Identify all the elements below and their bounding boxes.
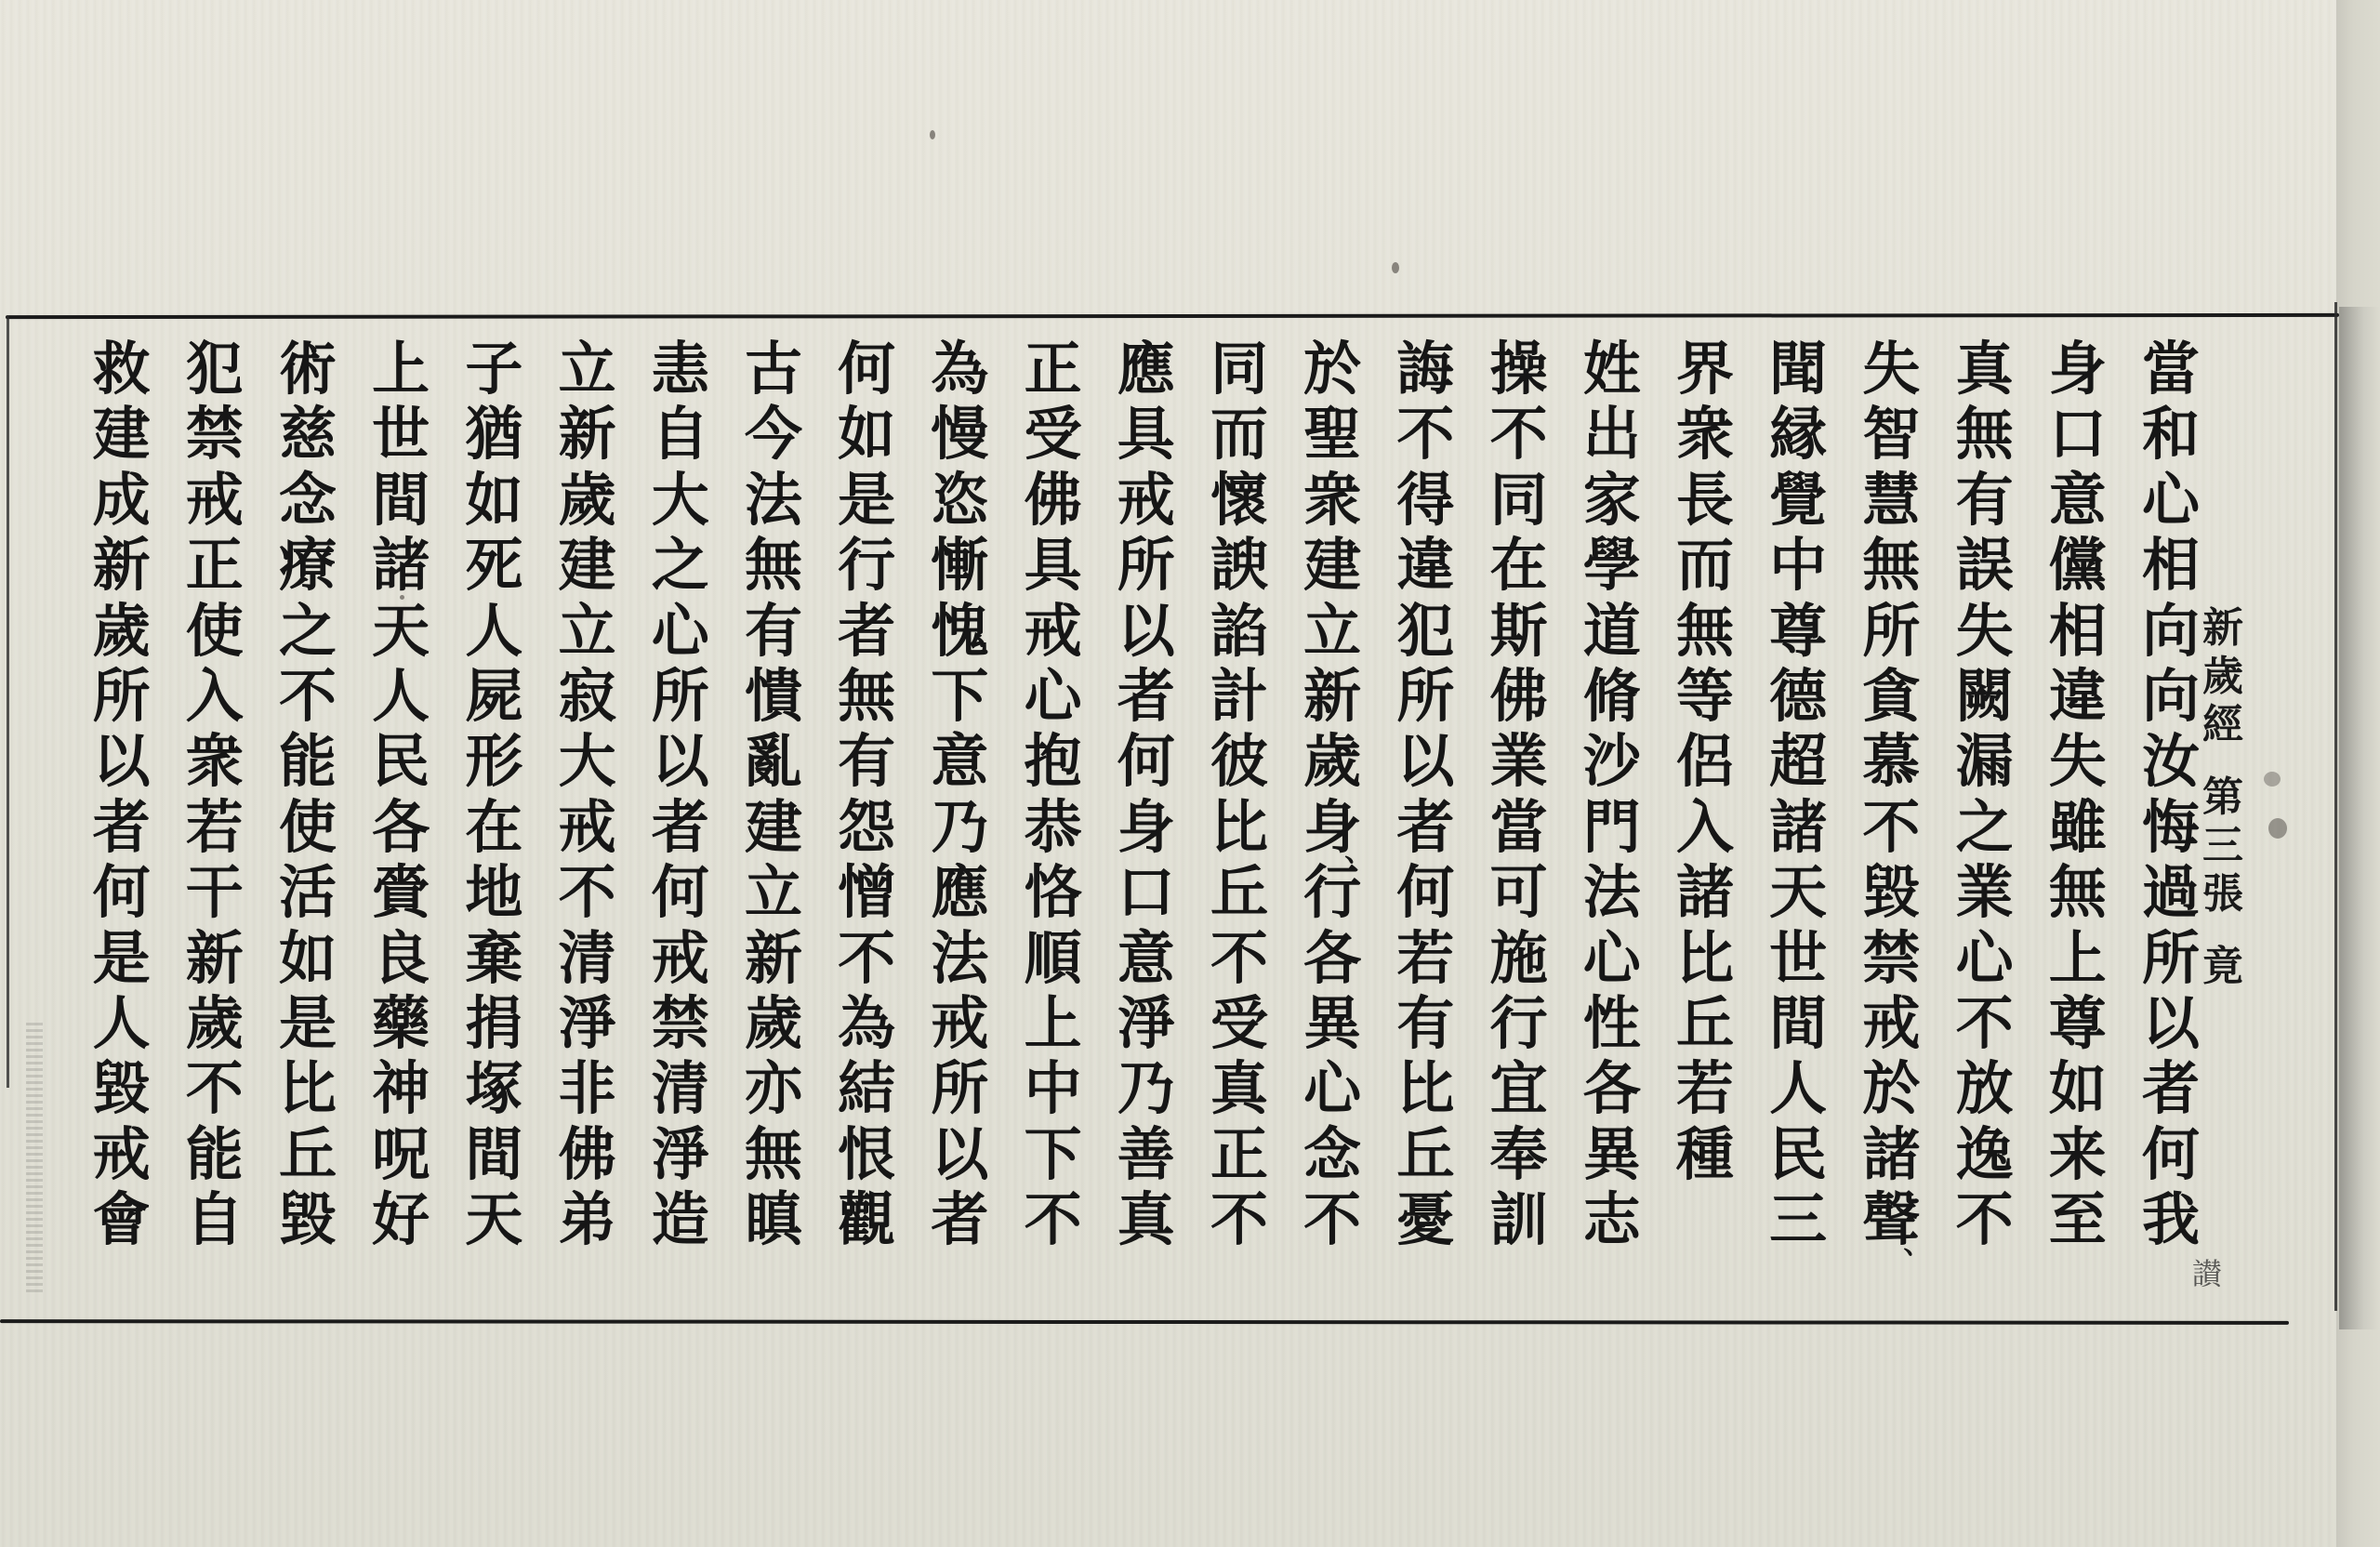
glyph: 慢 <box>917 402 1002 467</box>
glyph: 屍 <box>451 664 536 729</box>
glyph: 世 <box>358 402 443 467</box>
glyph: 出 <box>1569 402 1655 467</box>
glyph: 身 <box>1104 795 1189 860</box>
glyph: 心 <box>2128 468 2214 533</box>
glyph: 為 <box>917 337 1002 402</box>
text-column: 恚自大之心所以者何戒禁清淨造 <box>638 337 723 1252</box>
glyph: 會 <box>79 1187 165 1252</box>
glyph: 衆 <box>172 729 258 794</box>
glyph: 不 <box>1197 926 1282 991</box>
glyph: 良 <box>358 926 443 991</box>
glyph: 違 <box>2035 664 2121 729</box>
glyph: 呪 <box>358 1122 443 1187</box>
glyph: 民 <box>358 729 443 794</box>
glyph: 比 <box>265 1056 350 1121</box>
glyph: 子 <box>451 337 536 402</box>
glyph: 犯 <box>172 337 258 402</box>
glyph: 不 <box>824 926 909 991</box>
glyph: 正 <box>1197 1122 1282 1187</box>
glyph: 自 <box>638 402 723 467</box>
glyph: 誨 <box>1382 337 1468 402</box>
glyph: 歲 <box>79 599 165 664</box>
glyph: 非 <box>545 1056 630 1121</box>
glyph: 恨 <box>824 1122 909 1187</box>
glyph: 慕 <box>1848 729 1934 794</box>
glyph: 恚 <box>638 337 723 402</box>
glyph: 善 <box>1104 1122 1189 1187</box>
glyph: 心 <box>1289 1056 1375 1121</box>
glyph: 亂 <box>731 729 816 794</box>
glyph: 口 <box>2035 402 2121 467</box>
glyph: 心 <box>1011 664 1096 729</box>
glyph: 之 <box>1942 795 2028 860</box>
glyph: 地 <box>451 860 536 925</box>
glyph: 今 <box>731 402 816 467</box>
glyph: 脩 <box>1569 664 1655 729</box>
glyph: 無 <box>2035 860 2121 925</box>
glyph: 恣 <box>917 468 1002 533</box>
glyph: 計 <box>1197 664 1282 729</box>
glyph: 家 <box>1569 468 1655 533</box>
glyph: 聖 <box>1289 402 1375 467</box>
glyph: 恭 <box>1011 795 1096 860</box>
glyph: 意 <box>917 729 1002 794</box>
glyph: 諂 <box>1197 599 1282 664</box>
glyph: 間 <box>358 468 443 533</box>
glyph: 世 <box>1755 926 1841 991</box>
glyph: 上 <box>2035 926 2121 991</box>
glyph: 所 <box>1848 599 1934 664</box>
glyph: 佛 <box>1011 468 1096 533</box>
glyph: 違 <box>1382 533 1468 598</box>
glyph: 異 <box>1569 1122 1655 1187</box>
glyph: 有 <box>1382 991 1468 1056</box>
text-column: 失智慧無所貪慕不毀禁戒於諸聲、 <box>1848 337 1934 1252</box>
glyph: 形 <box>451 729 536 794</box>
glyph: 使 <box>172 599 258 664</box>
glyph: 何 <box>79 860 165 925</box>
glyph: 學 <box>1569 533 1655 598</box>
glyph: 以 <box>1382 729 1468 794</box>
glyph: 行 <box>1289 860 1375 925</box>
glyph: 人 <box>1755 1056 1841 1121</box>
glyph: 誤 <box>1942 533 2028 598</box>
glyph: 心 <box>1942 926 2028 991</box>
glyph: 新 <box>172 926 258 991</box>
glyph: 結 <box>824 1056 909 1121</box>
glyph: 入 <box>1662 795 1748 860</box>
glyph: 新 <box>1289 664 1375 729</box>
glyph: 死 <box>451 533 536 598</box>
glyph: 斯 <box>1476 599 1562 664</box>
glyph: 若 <box>1382 926 1468 991</box>
glyph: 者 <box>2128 1056 2214 1121</box>
glyph: 於 <box>1289 337 1375 402</box>
glyph: 真 <box>1942 337 2028 402</box>
glyph: 無 <box>731 533 816 598</box>
glyph: 有 <box>1942 468 2028 533</box>
glyph: 淨 <box>545 991 630 1056</box>
glyph: 戒 <box>1011 599 1096 664</box>
glyph: 向 <box>2128 599 2214 664</box>
glyph: 犯 <box>1382 599 1468 664</box>
glyph: 不 <box>1289 1187 1375 1252</box>
glyph: 志 <box>1569 1187 1655 1252</box>
glyph: 人 <box>79 991 165 1056</box>
glyph: 藥 <box>358 991 443 1056</box>
glyph: 雖 <box>2035 795 2121 860</box>
glyph: 乃 <box>1104 1056 1189 1121</box>
glyph: 歲 <box>731 991 816 1056</box>
glyph: 應 <box>917 860 1002 925</box>
glyph: 寂 <box>545 664 630 729</box>
text-column: 聞縁覺中尊德超諸天世間人民三 <box>1755 337 1841 1252</box>
glyph: 諛 <box>1197 533 1282 598</box>
glyph: 沙 <box>1569 729 1655 794</box>
glyph: 縁 <box>1755 402 1841 467</box>
glyph: 儻 <box>2035 533 2121 598</box>
glyph: 禁 <box>1848 926 1934 991</box>
glyph: 奉 <box>1476 1122 1562 1187</box>
glyph: 下 <box>917 664 1002 729</box>
text-column: 古今法無有憒亂建立新歲亦無瞋 <box>731 337 816 1252</box>
glyph: 弟 <box>545 1187 630 1252</box>
glyph: 念 <box>1289 1122 1375 1187</box>
glyph: 清 <box>638 1056 723 1121</box>
glyph: 向 <box>2128 664 2214 729</box>
glyph: 汝 <box>2128 729 2214 794</box>
glyph: 者 <box>638 795 723 860</box>
glyph: 在 <box>1476 533 1562 598</box>
glyph: 得 <box>1382 468 1468 533</box>
glyph: 念 <box>265 468 350 533</box>
glyph: 過 <box>2128 860 2214 925</box>
glyph: 尊 <box>1755 599 1841 664</box>
glyph: 抱 <box>1011 729 1096 794</box>
text-column: 立新歲建立寂大戒不清淨非佛弟 <box>545 337 630 1252</box>
glyph: 棄 <box>451 926 536 991</box>
glyph: 受 <box>1011 402 1096 467</box>
glyph: 造 <box>638 1187 723 1252</box>
glyph: 無 <box>731 1122 816 1187</box>
glyph: 懷 <box>1197 468 1282 533</box>
glyph: 者 <box>1104 664 1189 729</box>
glyph: 中 <box>1755 533 1841 598</box>
glyph: 上 <box>1011 991 1096 1056</box>
glyph: 以 <box>1104 599 1189 664</box>
glyph: 不 <box>1011 1187 1096 1252</box>
glyph: 同 <box>1476 468 1562 533</box>
glyph: 建 <box>1289 533 1375 598</box>
glyph: 不 <box>172 1056 258 1121</box>
glyph: 療 <box>265 533 350 598</box>
glyph: 佛 <box>1476 664 1562 729</box>
glyph: 亦 <box>731 1056 816 1121</box>
text-column: 子猶如死人屍形在地棄捐塚間天 <box>451 337 536 1252</box>
glyph: 彼 <box>1197 729 1282 794</box>
glyph: 天 <box>451 1187 536 1252</box>
glyph: 間 <box>1755 991 1841 1056</box>
glyph: 訓 <box>1476 1187 1562 1252</box>
glyph: 丘 <box>1662 991 1748 1056</box>
glyph: 無 <box>1848 533 1934 598</box>
glyph: 法 <box>917 926 1002 991</box>
glyph: 當 <box>1476 795 1562 860</box>
glyph: 人 <box>451 599 536 664</box>
glyph: 各 <box>1289 926 1375 991</box>
glyph: 好 <box>358 1187 443 1252</box>
glyph: 如 <box>451 468 536 533</box>
glyph: 德 <box>1755 664 1841 729</box>
glyph: 丘 <box>1382 1122 1468 1187</box>
glyph: 能 <box>172 1122 258 1187</box>
glyph: 法 <box>1569 860 1655 925</box>
glyph: 若 <box>1662 1056 1748 1121</box>
glyph: 救 <box>79 337 165 402</box>
text-column: 誨不得違犯所以者何若有比丘憂 <box>1382 337 1468 1252</box>
glyph: 尊 <box>2035 991 2121 1056</box>
glyph: 戒 <box>1104 468 1189 533</box>
glyph: 憂 <box>1382 1187 1468 1252</box>
glyph: 戒 <box>1848 991 1934 1056</box>
glyph: 無 <box>1942 402 2028 467</box>
glyph: 有 <box>824 729 909 794</box>
glyph: 淨 <box>638 1122 723 1187</box>
glyph: 丘 <box>265 1122 350 1187</box>
glyph: 悔 <box>2128 795 2214 860</box>
glyph: 道 <box>1569 599 1655 664</box>
glyph: 而 <box>1662 533 1748 598</box>
glyph: 下 <box>1011 1122 1096 1187</box>
glyph: 是 <box>824 468 909 533</box>
glyph: 所 <box>638 664 723 729</box>
glyph: 順 <box>1011 926 1096 991</box>
text-column: 應具戒所以者何身口意淨乃善真 <box>1104 337 1189 1252</box>
glyph: 不 <box>265 664 350 729</box>
glyph: 乃 <box>917 795 1002 860</box>
glyph: 丘 <box>1197 860 1282 925</box>
glyph: 禁 <box>172 402 258 467</box>
glyph: 若 <box>172 795 258 860</box>
text-column: 操不同在斯佛業當可施行宜奉訓 <box>1476 337 1562 1252</box>
glyph: 種 <box>1662 1122 1748 1187</box>
glyph: 成 <box>79 468 165 533</box>
glyph: 諸 <box>1662 860 1748 925</box>
glyph: 以 <box>638 729 723 794</box>
sutra-text-block: 當和心相向向汝悔過所以者何我身口意儻相違失雖無上尊如来至真無有誤失闕漏之業心不放… <box>0 0 2380 1547</box>
text-column: 犯禁戒正使入衆若干新歲不能自 <box>172 337 258 1252</box>
glyph: 應 <box>1104 337 1189 402</box>
glyph: 同 <box>1197 337 1282 402</box>
glyph: 不 <box>1476 402 1562 467</box>
glyph: 干 <box>172 860 258 925</box>
glyph: 放 <box>1942 1056 2028 1121</box>
glyph: 行 <box>1476 991 1562 1056</box>
glyph: 戒 <box>545 795 630 860</box>
glyph: 来 <box>2035 1122 2121 1187</box>
glyph: 長 <box>1662 468 1748 533</box>
glyph: 侶 <box>1662 729 1748 794</box>
glyph: 民 <box>1755 1122 1841 1187</box>
glyph: 如 <box>265 926 350 991</box>
glyph: 中 <box>1011 1056 1096 1121</box>
text-column: 姓出家學道脩沙門法心性各異志 <box>1569 337 1655 1252</box>
glyph: 自 <box>172 1187 258 1252</box>
glyph: 者 <box>79 795 165 860</box>
glyph: 超 <box>1755 729 1841 794</box>
glyph: 口 <box>1104 860 1189 925</box>
glyph: 正 <box>1011 337 1096 402</box>
glyph: 憒 <box>731 664 816 729</box>
glyph: 性 <box>1569 991 1655 1056</box>
text-column: 上世間諸天人民各賫良藥神呪好 <box>358 337 443 1252</box>
glyph: 心 <box>638 599 723 664</box>
glyph: 毀 <box>1848 860 1934 925</box>
glyph: 者 <box>824 599 909 664</box>
text-column: 正受佛具戒心抱恭恪順上中下不 <box>1011 337 1096 1252</box>
glyph: 觀 <box>824 1187 909 1252</box>
glyph: 法 <box>731 468 816 533</box>
glyph: 清 <box>545 926 630 991</box>
glyph: 瞋 <box>731 1187 816 1252</box>
glyph: 者 <box>917 1187 1002 1252</box>
glyph: 不 <box>1848 795 1934 860</box>
glyph: 立 <box>1289 599 1375 664</box>
glyph: 聞 <box>1755 337 1841 402</box>
glyph: 間 <box>451 1122 536 1187</box>
glyph: 之 <box>265 599 350 664</box>
glyph: 可 <box>1476 860 1562 925</box>
glyph: 術 <box>265 337 350 402</box>
glyph: 愧 <box>917 599 1002 664</box>
glyph: 具 <box>1104 402 1189 467</box>
glyph: 大 <box>545 729 630 794</box>
glyph: 正 <box>172 533 258 598</box>
glyph: 身 <box>2035 337 2121 402</box>
glyph: 失 <box>1942 599 2028 664</box>
glyph: 所 <box>1382 664 1468 729</box>
glyph: 何 <box>638 860 723 925</box>
glyph: 憎 <box>824 860 909 925</box>
glyph: 捐 <box>451 991 536 1056</box>
text-column: 救建成新歲所以者何是人毀戒會 <box>79 337 165 1252</box>
glyph: 相 <box>2035 599 2121 664</box>
text-column: 界衆長而無等侶入諸比丘若種 <box>1662 337 1748 1187</box>
glyph: 各 <box>1569 1056 1655 1121</box>
text-column: 身口意儻相違失雖無上尊如来至 <box>2035 337 2121 1252</box>
glyph: 不 <box>1942 1187 2028 1252</box>
glyph: 受 <box>1197 991 1282 1056</box>
glyph: 使 <box>265 795 350 860</box>
glyph: 者 <box>1382 795 1468 860</box>
glyph: 智 <box>1848 402 1934 467</box>
glyph: 衆 <box>1662 402 1748 467</box>
text-column: 術慈念療之不能使活如是比丘毀 <box>265 337 350 1252</box>
glyph: 而 <box>1197 402 1282 467</box>
glyph: 當 <box>2128 337 2214 402</box>
glyph: 行 <box>824 533 909 598</box>
text-column: 真無有誤失闕漏之業心不放逸不 <box>1942 337 2028 1252</box>
glyph: 禁 <box>638 991 723 1056</box>
glyph: 所 <box>917 1056 1002 1121</box>
glyph: 意 <box>1104 926 1189 991</box>
glyph: 界 <box>1662 337 1748 402</box>
glyph: 業 <box>1942 860 2028 925</box>
glyph: 至 <box>2035 1187 2121 1252</box>
glyph: 為 <box>824 991 909 1056</box>
glyph: 大 <box>638 468 723 533</box>
glyph: 不 <box>545 860 630 925</box>
glyph: 慚 <box>917 533 1002 598</box>
glyph: 新 <box>545 402 630 467</box>
glyph: 在 <box>451 795 536 860</box>
glyph: 等 <box>1662 664 1748 729</box>
text-column: 為慢恣慚愧下意乃應法戒所以者 <box>917 337 1002 1252</box>
glyph: 所 <box>2128 926 2214 991</box>
glyph: 闕 <box>1942 664 2028 729</box>
glyph: 是 <box>265 991 350 1056</box>
glyph: 如 <box>824 402 909 467</box>
glyph: 宜 <box>1476 1056 1562 1121</box>
glyph: 比 <box>1197 795 1282 860</box>
glyph: 無 <box>1662 599 1748 664</box>
glyph: 真 <box>1104 1187 1189 1252</box>
glyph: 古 <box>731 337 816 402</box>
glyph: 立 <box>545 337 630 402</box>
glyph: 歲 <box>172 991 258 1056</box>
glyph: 歲 <box>545 468 630 533</box>
glyph: 建 <box>79 402 165 467</box>
glyph: 恪 <box>1011 860 1096 925</box>
glyph: 怨 <box>824 795 909 860</box>
glyph: 戒 <box>172 468 258 533</box>
glyph: 建 <box>731 795 816 860</box>
glyph: 新 <box>731 926 816 991</box>
glyph: 上 <box>358 337 443 402</box>
glyph: 立 <box>731 860 816 925</box>
glyph: 何 <box>2128 1122 2214 1187</box>
text-column: 於聖衆建立新歲身、行各異心念不 <box>1289 337 1375 1252</box>
glyph: 以 <box>2128 991 2214 1056</box>
glyph: 建 <box>545 533 630 598</box>
glyph: 佛 <box>545 1122 630 1187</box>
glyph: 所 <box>79 664 165 729</box>
glyph: 施 <box>1476 926 1562 991</box>
glyph: 以 <box>79 729 165 794</box>
glyph: 戒 <box>917 991 1002 1056</box>
glyph: 入 <box>172 664 258 729</box>
glyph: 毀 <box>79 1056 165 1121</box>
glyph: 新 <box>79 533 165 598</box>
glyph: 歲 <box>1289 729 1375 794</box>
glyph: 我 <box>2128 1187 2214 1252</box>
glyph: 猶 <box>451 402 536 467</box>
glyph: 何 <box>1104 729 1189 794</box>
glyph: 何 <box>824 337 909 402</box>
glyph: 之 <box>638 533 723 598</box>
glyph: 所 <box>1104 533 1189 598</box>
glyph: 衆 <box>1289 468 1375 533</box>
glyph: 心 <box>1569 926 1655 991</box>
glyph: 失 <box>2035 729 2121 794</box>
glyph: 比 <box>1662 926 1748 991</box>
glyph: 毀 <box>265 1187 350 1252</box>
glyph: 貪 <box>1848 664 1934 729</box>
glyph: 是 <box>79 926 165 991</box>
glyph: 如 <box>2035 1056 2121 1121</box>
glyph: 神 <box>358 1056 443 1121</box>
glyph: 以 <box>917 1122 1002 1187</box>
